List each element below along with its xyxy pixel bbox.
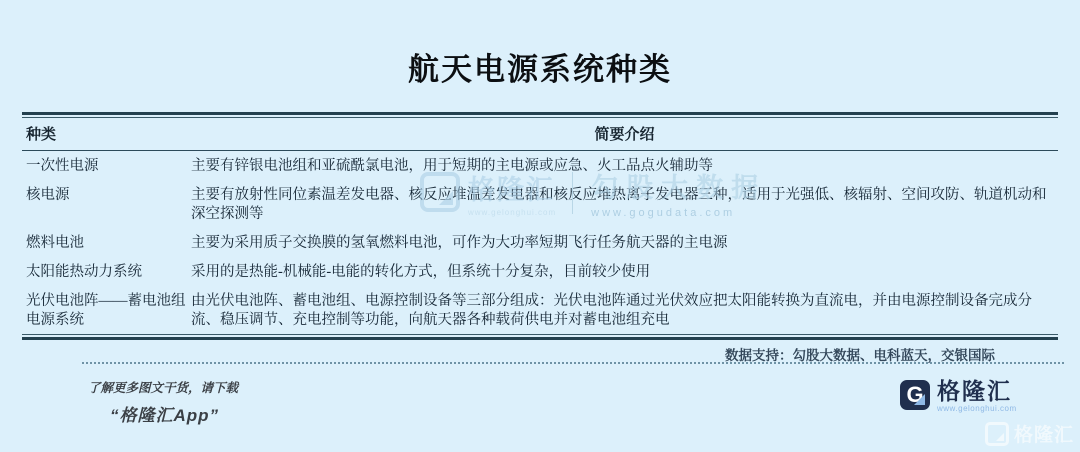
- corner-watermark-text: 格隆汇: [1014, 420, 1074, 447]
- table-header-row: 种类 简要介绍: [22, 118, 1058, 150]
- power-systems-table: 种类 简要介绍 一次性电源 主要有锌银电池组和亚硫酰氯电池，用于短期的主电源或应…: [22, 112, 1058, 340]
- gelonghui-logo-icon: G: [900, 380, 930, 410]
- row-desc: 由光伏电池阵、蓄电池组、电源控制设备等三部分组成：光伏电池阵通过光伏效应把太阳能…: [191, 292, 1058, 330]
- table-bottom-rule: [22, 334, 1058, 340]
- gelonghui-logo-icon: [985, 422, 1009, 446]
- row-desc: 主要有锌银电池组和亚硫酰氯电池，用于短期的主电源或应急、火工品点火辅助等: [191, 157, 1058, 176]
- page-title: 航天电源系统种类: [0, 44, 1080, 89]
- row-desc: 采用的是热能-机械能-电能的转化方式，但系统十分复杂，目前较少使用: [191, 263, 1058, 282]
- table-row: 核电源 主要有放射性同位素温差发电器、核反应堆温差发电器和核反应堆热离子发电器三…: [22, 180, 1058, 228]
- promo-app-name: “格隆汇App”: [110, 401, 238, 426]
- header-desc: 简要介绍: [191, 123, 1058, 144]
- row-type: 一次性电源: [22, 157, 191, 176]
- row-desc: 主要有放射性同位素温差发电器、核反应堆温差发电器和核反应堆热离子发电器三种，适用…: [191, 186, 1058, 224]
- promo-line1: 了解更多图文干货，请下载: [88, 378, 238, 396]
- promo-block: 了解更多图文干货，请下载 “格隆汇App”: [88, 378, 238, 426]
- row-type: 燃料电池: [22, 234, 191, 253]
- brand-name: 格隆汇: [937, 380, 1017, 402]
- footer-dotted-rule: [82, 362, 1064, 364]
- table-row: 太阳能热动力系统 采用的是热能-机械能-电能的转化方式，但系统十分复杂，目前较少…: [22, 257, 1058, 286]
- row-type: 核电源: [22, 186, 191, 224]
- row-desc: 主要为采用质子交换膜的氢氧燃料电池，可作为大功率短期飞行任务航天器的主电源: [191, 234, 1058, 253]
- brand-url: www.gelonghui.com: [937, 404, 1017, 413]
- gelonghui-brand: G 格隆汇 www.gelonghui.com: [900, 380, 1017, 413]
- row-type: 太阳能热动力系统: [22, 263, 191, 282]
- row-type: 光伏电池阵——蓄电池组电源系统: [22, 292, 191, 330]
- data-support-note: 数据支持：勾股大数据、电科蓝天，交银国际: [725, 344, 995, 364]
- table-row: 光伏电池阵——蓄电池组电源系统 由光伏电池阵、蓄电池组、电源控制设备等三部分组成…: [22, 286, 1058, 334]
- table-row: 一次性电源 主要有锌银电池组和亚硫酰氯电池，用于短期的主电源或应急、火工品点火辅…: [22, 151, 1058, 180]
- table-row: 燃料电池 主要为采用质子交换膜的氢氧燃料电池，可作为大功率短期飞行任务航天器的主…: [22, 228, 1058, 257]
- corner-watermark: 格隆汇: [985, 420, 1074, 447]
- header-type: 种类: [22, 123, 191, 144]
